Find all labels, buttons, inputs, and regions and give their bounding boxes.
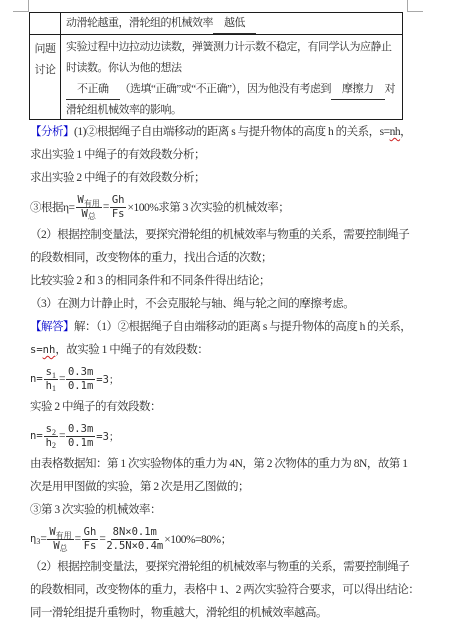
frac-num-sub: 1: [52, 372, 56, 380]
solution-line-4: 由表格数据知：第 1 次实验物体的重力为 4N，第 2 次物体的重力为 8N，故…: [30, 453, 440, 476]
frac-den: 0.1m: [68, 437, 93, 449]
equals-sign: =: [75, 533, 81, 545]
analysis-tag: 【分析】: [30, 126, 74, 138]
solution-line-2-pre: s=: [30, 344, 43, 356]
frac-den: 0.1m: [68, 380, 93, 392]
equals-sign: =: [103, 201, 109, 213]
blank-answer-incorrect: 不正确: [66, 80, 120, 100]
frac-num: 8N×0.1m: [111, 527, 159, 540]
solution-line-8: 的段数相同，改变物体的重力，表格中 1、2 两次实验符合要求，可以得出结论：: [30, 579, 440, 602]
formula-suffix: ×100%求第 3 次实验的机械效率；: [127, 199, 289, 215]
formula-prefix: ③根据η=: [30, 199, 75, 215]
frac-den-sub: 2: [52, 442, 56, 450]
frac-den: Fs: [112, 208, 125, 220]
frac-den-sub: 总: [88, 213, 96, 221]
frac-den: 2.5N×0.4m: [106, 540, 163, 552]
fraction-distances: 0.3m 0.1m: [66, 367, 95, 391]
rope-segments-formula-2: n= s2 h2 = 0.3m 0.1m =3；: [30, 420, 440, 452]
discussion-line-4: 滑轮组机械效率的影响。: [66, 100, 402, 119]
analysis-line-1-tail: ，: [400, 126, 411, 138]
fraction-gh-fs: Gh Fs: [110, 195, 127, 219]
solution-line-3: 实验 2 中绳子的有效段数：: [30, 396, 440, 419]
efficiency-calculation-formula: η3= W有用 W总 = Gh Fs = 8N×0.1m 2.5N×0.4m ×…: [30, 523, 440, 555]
formula-suffix: ×100%=80%；: [164, 531, 231, 547]
eta-subscript: 3: [36, 537, 40, 546]
blank-answer-friction: 摩擦力: [331, 80, 385, 100]
row1-text: 动滑轮越重，滑轮组的机械效率: [66, 17, 213, 29]
solution-line-7: （2）根据控制变量法，要探究滑轮组的机械效率与物重的关系，需要控制绳子: [30, 556, 440, 579]
fraction-gh-fs: Gh Fs: [82, 527, 99, 551]
solution-line-5: 次是用甲图做的实验，第 2 次是用乙图做的；: [30, 476, 440, 499]
fraction-distances: 0.3m 0.1m: [66, 424, 95, 448]
row1-blank-answer: 越低: [213, 14, 256, 34]
solution-line-1: 【解答】解：（1）②根据绳子自由端移动的距离 s 与提升物体的高度 h 的关系，: [30, 316, 440, 339]
table-row1-content: 动滑轮越重，滑轮组的机械效率越低: [61, 13, 402, 34]
solution-line-9: 同一滑轮组提升重物时，物重越大，滑轮组的机械效率越高。: [30, 602, 440, 625]
formula-prefix: n=: [30, 430, 43, 442]
fraction-s2-h2: s2 h2: [44, 424, 58, 448]
fraction-work-ratio: W有用 W总: [47, 527, 73, 551]
spellcheck-wavy-nh: nh: [390, 126, 401, 138]
rope-segments-formula-1: n= s1 h1 = 0.3m 0.1m =3；: [30, 363, 440, 395]
spellcheck-wavy-nh: nh: [43, 344, 56, 356]
discussion-line-3: 不正确（选填“正确”或“不正确”），因为他没有考虑到摩擦力对: [66, 79, 402, 100]
solution-line-2-text: ，故实验 1 中绳子的有效段数：: [55, 344, 208, 356]
frac-den-sub: 总: [60, 545, 68, 553]
efficiency-formula: ③根据η= W有用 W总 = Gh Fs ×100%求第 3 次实验的机械效率；: [30, 191, 440, 223]
fraction-work-ratio: W有用 W总: [76, 195, 102, 219]
equals-sign: =: [99, 533, 105, 545]
table-label-cell-empty: [30, 13, 61, 34]
crop-mark-top-left-vertical: [28, 0, 29, 11]
label-line-1: 问题: [30, 39, 60, 60]
equals-sign: =: [59, 373, 65, 385]
frac-den-sub: 1: [52, 385, 56, 393]
frac-num-sub: 2: [52, 429, 56, 437]
question-table: 动滑轮越重，滑轮组的机械效率越低 问题 讨论 实验过程中边拉动边读数，弹簧测力计…: [29, 12, 403, 120]
table-row2-content: 实验过程中边拉动边读数，弹簧测力计示数不稳定，有同学认为应静止 时读数。你认为他…: [61, 35, 402, 119]
frac-den: Fs: [84, 540, 97, 552]
frac-num: 0.3m: [66, 367, 95, 380]
crop-mark-top-left-horizontal: [13, 11, 29, 12]
analysis-line-7: （3）在测力计静止时，不会克服轮与轴、绳与轮之间的摩擦考虑。: [30, 293, 440, 316]
analysis-line-2: 求出实验 1 中绳子的有效段数分析；: [30, 144, 440, 167]
table-row: 问题 讨论 实验过程中边拉动边读数，弹簧测力计示数不稳定，有同学认为应静止 时读…: [30, 34, 402, 119]
frac-num: 0.3m: [66, 424, 95, 437]
label-line-2: 讨论: [30, 60, 60, 81]
formula-suffix: =3；: [96, 372, 119, 387]
analysis-line-1-text: (1)②根据绳子自由端移动的距离 s 与提升物体的高度 h 的关系，s=: [74, 126, 390, 138]
discussion-line-1: 实验过程中边拉动边读数，弹簧测力计示数不稳定，有同学认为应静止: [66, 37, 402, 58]
crop-mark-top-right-vertical: [407, 0, 408, 11]
solution-line-6: ③第 3 次实验的机械效率：: [30, 499, 440, 522]
analysis-line-3: 求出实验 2 中绳子的有效段数分析；: [30, 167, 440, 190]
crop-mark-top-right-horizontal: [407, 11, 423, 12]
analysis-line-5: 的段数相同，改变物体的重力，找出合适的次数；: [30, 247, 440, 270]
discussion-line-3-mid: （选填“正确”或“不正确”），因为他没有考虑到: [120, 83, 332, 95]
analysis-line-1: 【分析】(1)②根据绳子自由端移动的距离 s 与提升物体的高度 h 的关系，s=…: [30, 121, 440, 144]
table-label-cell: 问题 讨论: [30, 35, 61, 119]
equals-sign: =: [59, 430, 65, 442]
fraction-s1-h1: s1 h1: [44, 367, 58, 391]
frac-num: Gh: [82, 527, 99, 540]
formula-prefix: n=: [30, 373, 43, 385]
analysis-line-6: 比较实验 2 和 3 的相同条件和不同条件得出结论；: [30, 270, 440, 293]
discussion-line-3-end: 对: [385, 83, 396, 95]
equals-sign: =: [40, 533, 46, 545]
formula-suffix: =3；: [96, 429, 119, 444]
fraction-numeric-values: 8N×0.1m 2.5N×0.4m: [106, 527, 163, 551]
frac-num-sub: 有用: [84, 200, 100, 208]
discussion-line-2: 时读数。你认为他的想法: [66, 58, 402, 79]
frac-num-sub: 有用: [56, 532, 72, 540]
analysis-line-4: （2）根据控制变量法，要探究滑轮组的机械效率与物重的关系，需要控制绳子: [30, 224, 440, 247]
solution-line-1-text: 解：（1）②根据绳子自由端移动的距离 s 与提升物体的高度 h 的关系，: [74, 321, 411, 333]
answer-body: 【分析】(1)②根据绳子自由端移动的距离 s 与提升物体的高度 h 的关系，s=…: [30, 121, 440, 625]
frac-num: Gh: [110, 195, 127, 208]
solution-tag: 【解答】: [30, 321, 74, 333]
solution-line-2: s=nh，故实验 1 中绳子的有效段数：: [30, 339, 440, 362]
table-row: 动滑轮越重，滑轮组的机械效率越低: [30, 13, 402, 34]
document-page: 动滑轮越重，滑轮组的机械效率越低 问题 讨论 实验过程中边拉动边读数，弹簧测力计…: [0, 0, 464, 634]
